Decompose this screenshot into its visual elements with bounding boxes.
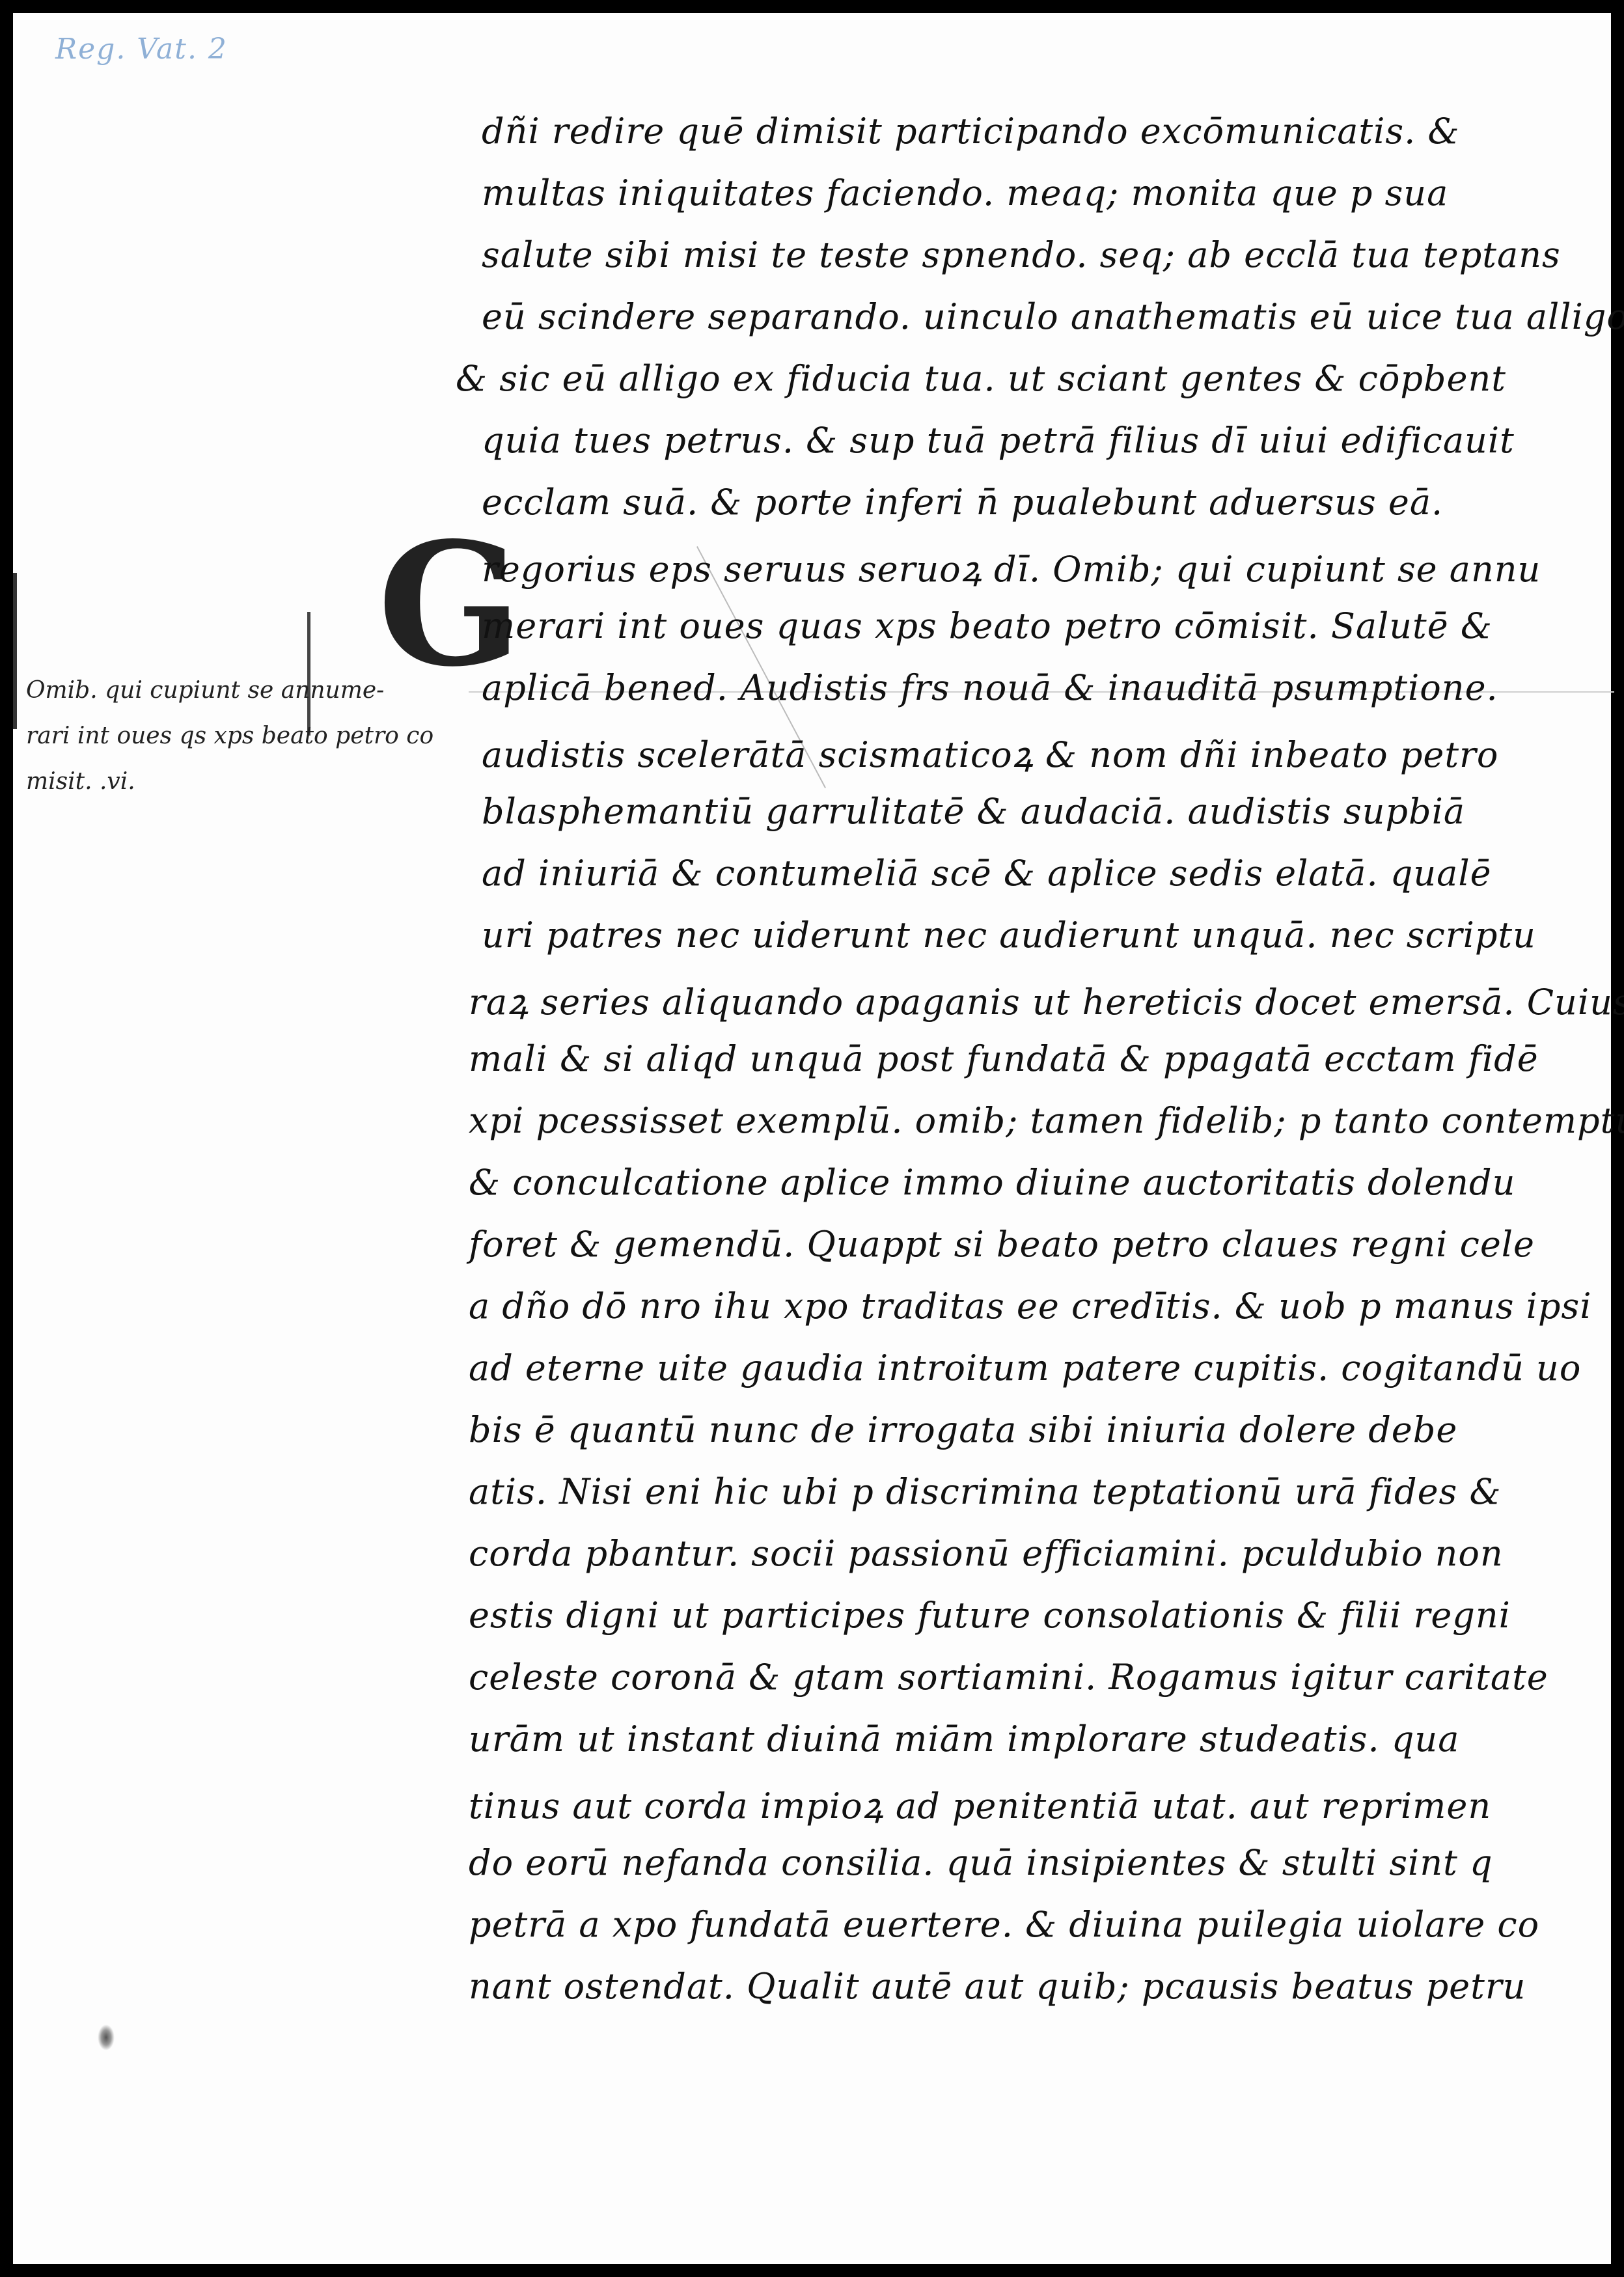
text-line: eū scindere separando. uinculo anathemat… bbox=[482, 296, 1624, 337]
text-line: corda pbantur. socii passionū efficiamin… bbox=[469, 1533, 1504, 1574]
text-line: atis. Nisi eni hic ubi p discrimina tept… bbox=[469, 1471, 1502, 1512]
text-line: regorius eps seruus seruoꝝ dī. Omib; qui… bbox=[482, 544, 1541, 592]
text-line: blasphemantiū garrulitatē & audaciā. aud… bbox=[482, 791, 1465, 832]
text-line: raꝝ series aliquando apaganis ut heretic… bbox=[469, 976, 1624, 1025]
text-line: a dño dō nro ihu xpo traditas ee credīti… bbox=[469, 1286, 1591, 1327]
text-line: estis digni ut participes future consola… bbox=[469, 1595, 1511, 1636]
text-line: ad eterne uite gaudia introitum patere c… bbox=[469, 1347, 1581, 1388]
text-line: xpi pcessisset exemplū. omib; tamen fide… bbox=[469, 1100, 1624, 1141]
text-line: ad iniuriā & contumeliā scē & aplice sed… bbox=[482, 853, 1492, 894]
text-line: aplicā bened. Audistis frs nouā & inaudi… bbox=[482, 667, 1498, 708]
text-line: multas iniquitates faciendo. meaq; monit… bbox=[482, 172, 1448, 214]
text-line: quia tues petrus. & sup tuā petrā filius… bbox=[482, 420, 1515, 461]
margin-long-s-stroke bbox=[307, 612, 310, 736]
text-line: & conculcatione aplice immo diuine aucto… bbox=[469, 1162, 1515, 1203]
text-line: dñi redire quē dimisit participando excō… bbox=[482, 111, 1460, 152]
text-line: do eorū nefanda consilia. quā insipiente… bbox=[469, 1842, 1493, 1883]
text-line: urām ut instant diuinā miām implorare st… bbox=[469, 1718, 1459, 1759]
margin-bracket bbox=[13, 573, 17, 729]
text-line: nant ostendat. Qualit autē aut quib; pca… bbox=[469, 1966, 1526, 2007]
shelfmark-annotation: Reg. Vat. 2 bbox=[55, 33, 228, 66]
text-line: & sic eū alligo ex fiducia tua. ut scian… bbox=[456, 358, 1506, 399]
text-line: salute sibi misi te teste spnendo. seq; … bbox=[482, 234, 1561, 275]
margin-line: misit. .vi. bbox=[26, 768, 135, 795]
text-line: celeste coronā & gtam sortiamini. Rogamu… bbox=[469, 1657, 1548, 1698]
text-line: bis ē quantū nunc de irrogata sibi iniur… bbox=[469, 1409, 1457, 1450]
text-line: petrā a xpo fundatā euertere. & diuina p… bbox=[469, 1904, 1539, 1945]
text-line: mali & si aliqd unquā post fundatā & ppa… bbox=[469, 1038, 1539, 1079]
manuscript-page: Reg. Vat. 2 Omib. qui cupiunt se annume-… bbox=[13, 13, 1611, 2264]
margin-line: Omib. qui cupiunt se annume- bbox=[26, 677, 384, 704]
text-line: tinus aut corda impioꝝ ad penitentiā uta… bbox=[469, 1780, 1491, 1828]
text-line: audistis scelerātā scismaticoꝝ & nom dñi… bbox=[482, 729, 1498, 777]
margin-line: rari int oues qs xps beato petro co bbox=[26, 723, 434, 749]
ink-smudge bbox=[98, 2024, 115, 2050]
text-line: foret & gemendū. Quappt si beato petro c… bbox=[469, 1224, 1535, 1265]
text-line: ecclam suā. & porte inferi n̄ pualebunt … bbox=[482, 482, 1443, 523]
text-line: merari int oues quas xps beato petro cōm… bbox=[482, 605, 1493, 646]
text-line: uri patres nec uiderunt nec audierunt un… bbox=[482, 915, 1536, 956]
